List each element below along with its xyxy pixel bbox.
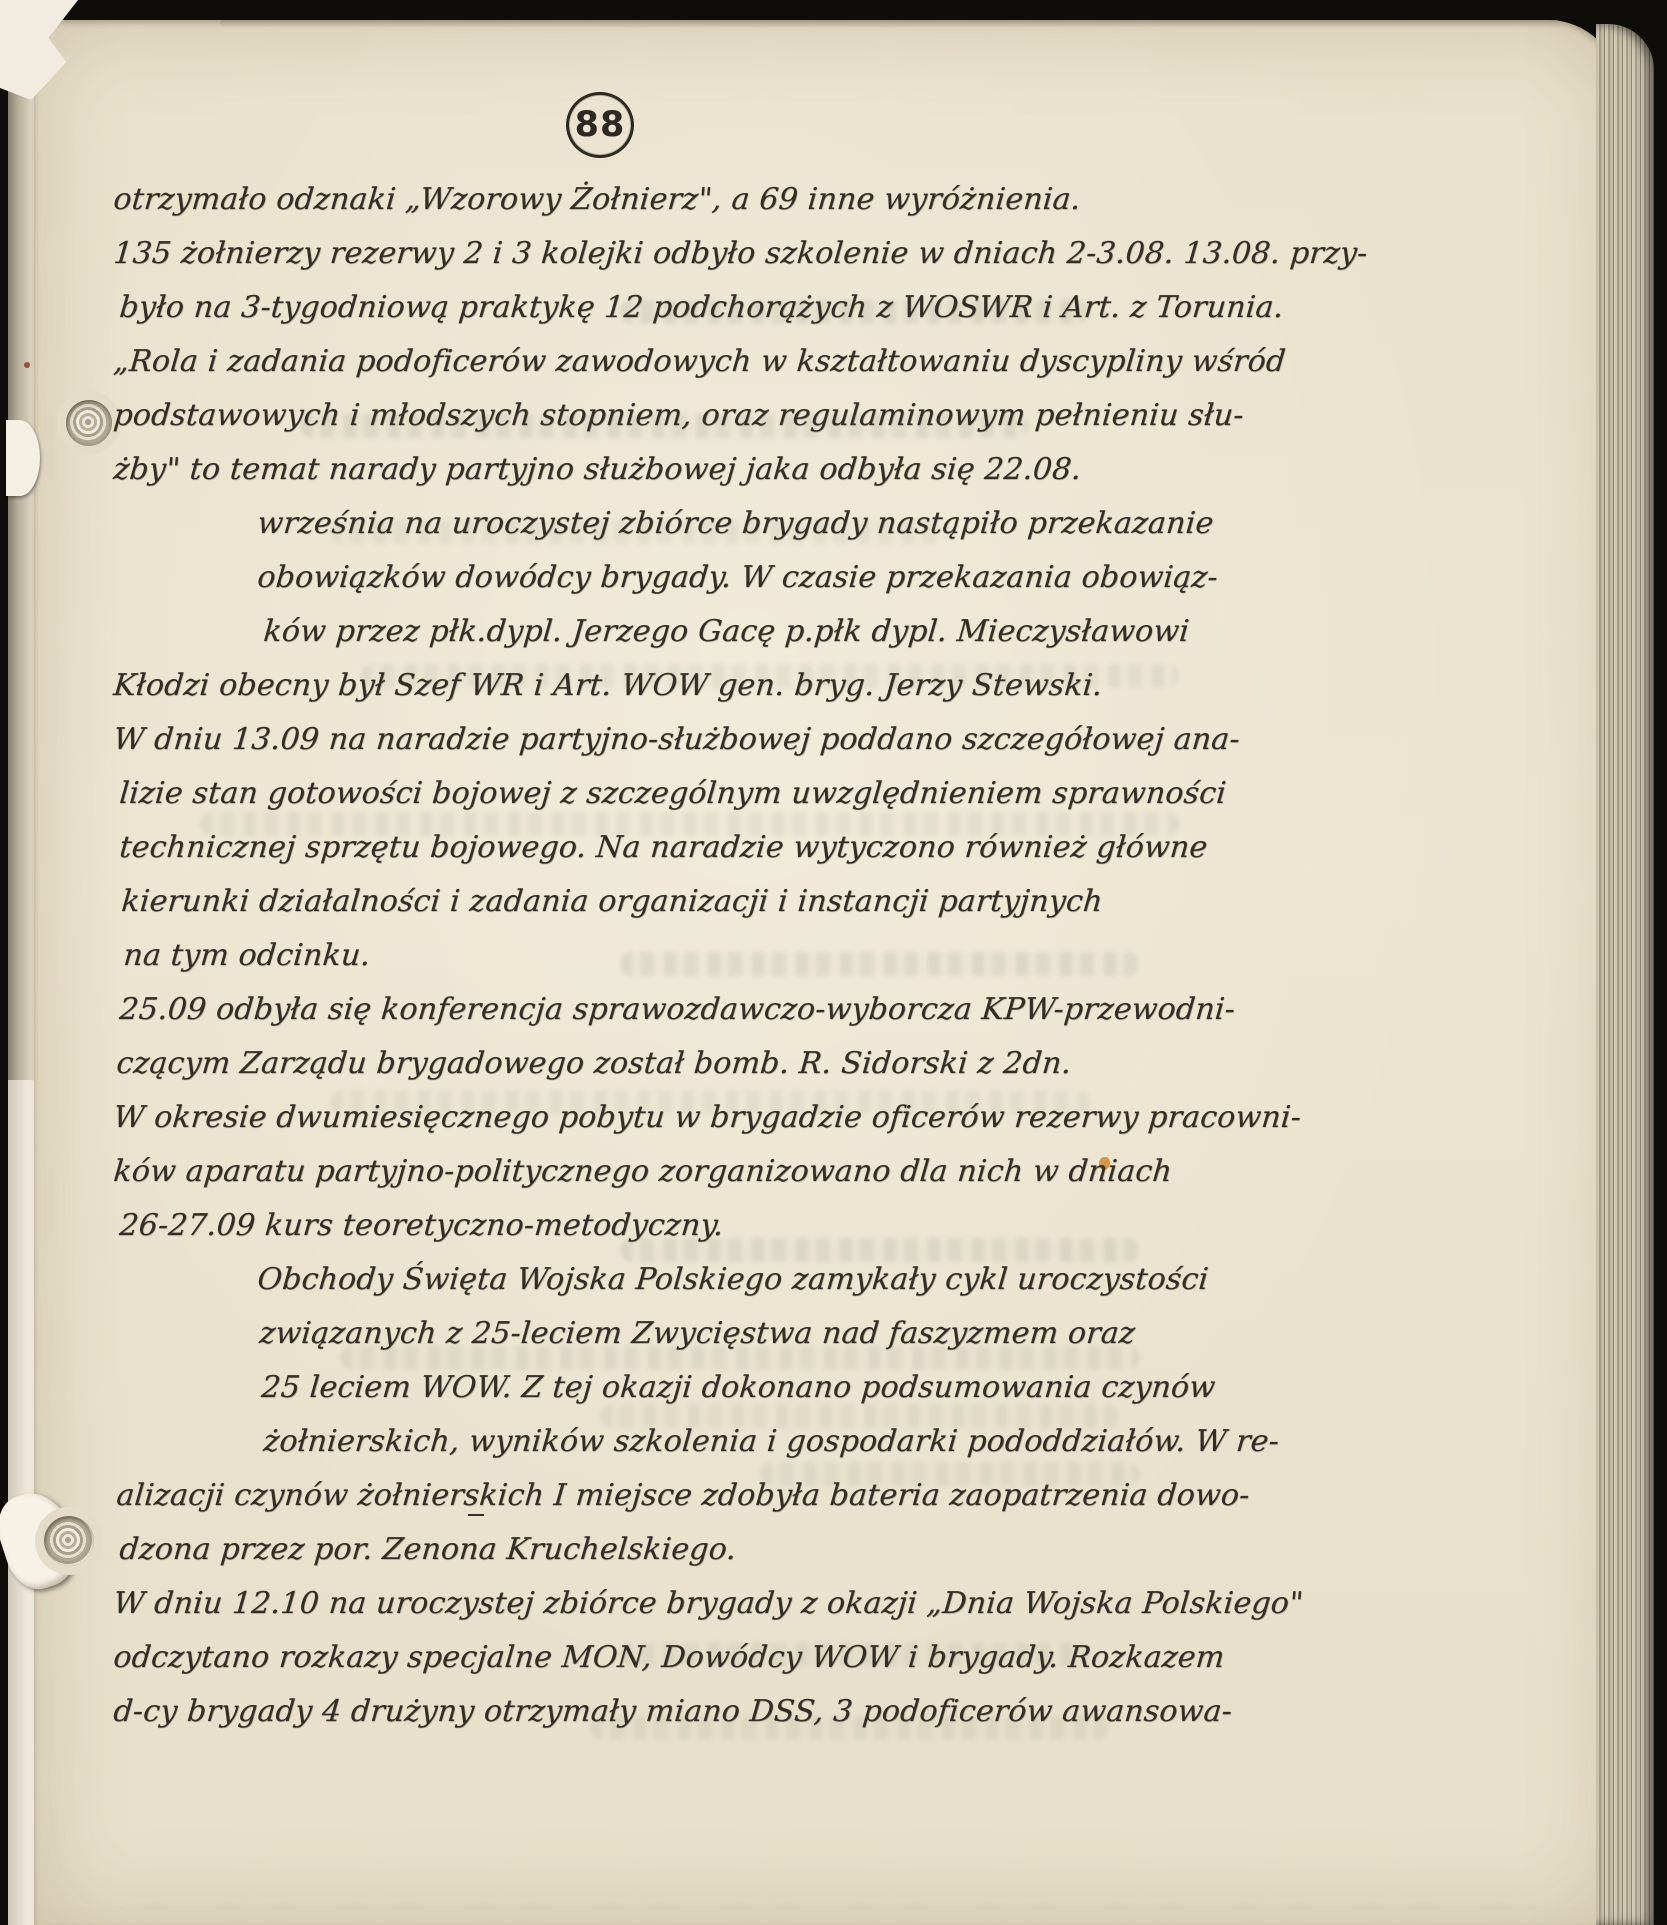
handwritten-line: 25.09 odbyła się konferencja sprawozdawc… [118, 992, 1237, 1027]
handwritten-line: 26-27.09 kurs teoretyczno-metodyczny. [118, 1208, 725, 1243]
handwritten-line: dzona przez por. Zenona Kruchelskiego. [118, 1532, 738, 1567]
handwritten-line: Obchody Święta Wojska Polskiego zamykały… [256, 1262, 1210, 1297]
handwritten-line: W dniu 12.10 na uroczystej zbiórce bryga… [112, 1586, 1305, 1621]
handwritten-line: było na 3-tygodniową praktykę 12 podchor… [118, 290, 1285, 325]
handwritten-line: technicznej sprzętu bojowego. Na naradzi… [118, 830, 1209, 865]
handwritten-line: W dniu 13.09 na naradzie partyjno-służbo… [112, 722, 1241, 757]
handwritten-line: września na uroczystej zbiórce brygady n… [256, 506, 1215, 541]
bleed-through-text [620, 952, 1140, 976]
handwritten-line: obowiązków dowódcy brygady. W czasie prz… [256, 560, 1219, 595]
handwritten-line: czącym Zarządu brygadowego został bomb. … [115, 1046, 1073, 1081]
paper-speck [24, 362, 30, 368]
handwritten-line: żołnierskich, wyników szkolenia i gospod… [262, 1424, 1281, 1459]
handwritten-line: otrzymało odznaki „Wzorowy Żołnierz", a … [112, 182, 1082, 217]
handwritten-line: d-cy brygady 4 drużyny otrzymały miano D… [112, 1694, 1234, 1729]
page-stack-edge [1596, 24, 1654, 1925]
handwritten-line: lizie stan gotowości bojowej z szczególn… [118, 776, 1228, 811]
roman-numeral-underline [468, 1514, 484, 1516]
handwritten-line: żby" to temat narady partyjno służbowej … [112, 452, 1083, 487]
handwritten-line: podstawowych i młodszych stopniem, oraz … [112, 398, 1245, 433]
handwritten-line: związanych z 25-leciem Zwycięstwa nad fa… [258, 1316, 1137, 1351]
scanned-document-page: { "page": { "number": "88", "lines": [ "… [0, 0, 1667, 1925]
handwritten-line: W okresie dwumiesięcznego pobytu w bryga… [112, 1100, 1303, 1135]
page-number-badge: 88 [566, 92, 634, 158]
handwritten-line: Kłodzi obecny był Szef WR i Art. WOW gen… [112, 668, 1104, 703]
handwritten-line: alizacji czynów żołnierskich I miejsce z… [115, 1478, 1251, 1513]
page-number: 88 [575, 105, 626, 145]
punch-hole-bottom [44, 1516, 94, 1566]
handwritten-line: ków przez płk.dypl. Jerzego Gacę p.płk d… [262, 614, 1191, 649]
handwritten-line: odczytano rozkazy specjalne MON, Dowódcy… [112, 1640, 1226, 1675]
punch-hole-top [66, 400, 112, 446]
handwritten-line: kierunki działalności i zadania organiza… [120, 884, 1104, 919]
paper-top-edge [220, 20, 1560, 27]
handwritten-line: na tym odcinku. [122, 938, 372, 973]
handwritten-line: 135 żołnierzy rezerwy 2 i 3 kolejki odby… [112, 236, 1369, 271]
handwritten-line: 25 leciem WOW. Z tej okazji dokonano pod… [260, 1370, 1217, 1405]
handwritten-line: „Rola i zadania podoficerów zawodowych w… [112, 344, 1287, 379]
handwritten-line: ków aparatu partyjno-politycznego zorgan… [112, 1154, 1174, 1189]
